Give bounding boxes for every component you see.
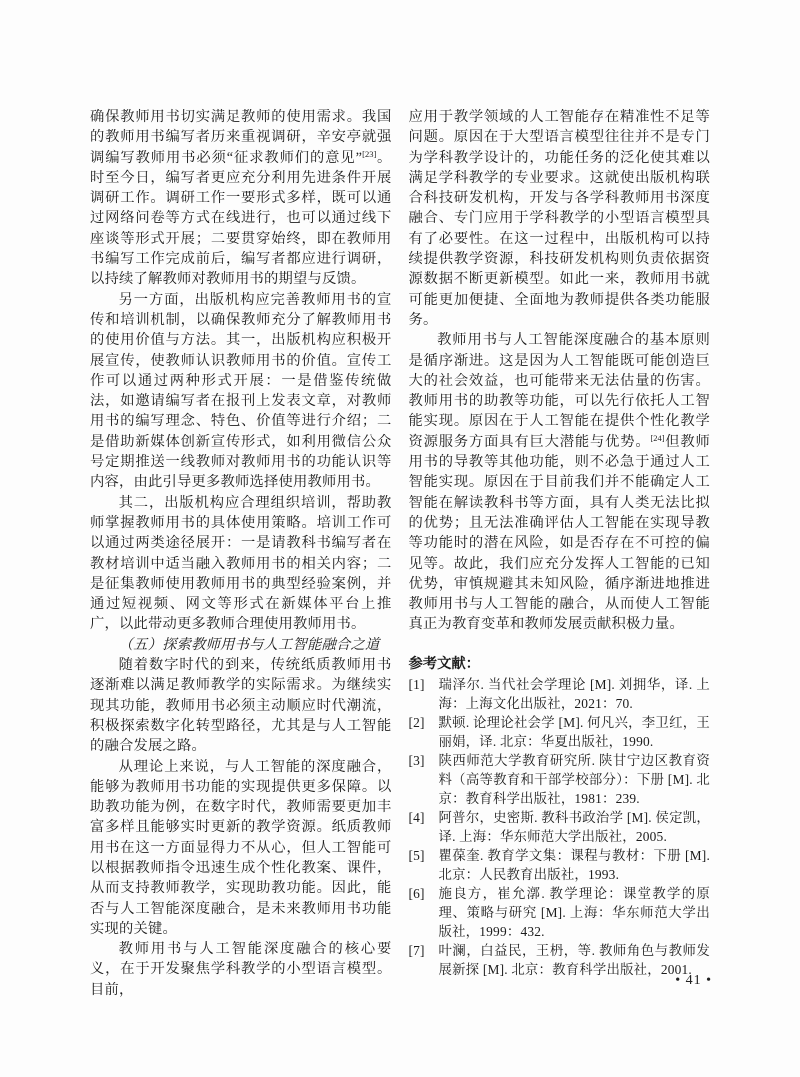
reference-item: [1]瑞泽尔. 当代社会学理论 [M]. 刘拥华，译. 上海：上海文化出版社，2… (409, 675, 711, 713)
reference-item: [4]阿普尔，史密斯. 教科书政治学 [M]. 侯定凯，译. 上海：华东师范大学… (409, 808, 711, 846)
reference-text: 阿普尔，史密斯. 教科书政治学 [M]. 侯定凯，译. 上海：华东师范大学出版社… (439, 810, 711, 844)
reference-text: 陕西师范大学教育研究所. 陕甘宁边区教育资料（高等教育和干部学校部分）：下册 [… (439, 753, 711, 806)
reference-text: 瑞泽尔. 当代社会学理论 [M]. 刘拥华，译. 上海：上海文化出版社，2021… (439, 677, 711, 711)
citation-superscript: [23] (362, 149, 376, 159)
reference-text: 瞿葆奎. 教育学文集：课程与教材：下册 [M]. 北京：人民教育出版社，1993… (439, 848, 711, 882)
page-number: • 41 • (600, 972, 712, 990)
reference-item: [2]默顿. 论理论社会学 [M]. 何凡兴，李卫红，王丽娟，译. 北京：华夏出… (409, 713, 711, 751)
reference-label: [6] (409, 884, 425, 903)
references-heading: 参考文献： (409, 654, 711, 674)
paragraph: 应用于教学领域的人工智能存在精准性不足等问题。原因在于大型语言模型往往并不是专门… (409, 107, 711, 330)
right-column: 应用于教学领域的人工智能存在精准性不足等问题。原因在于大型语言模型往往并不是专门… (409, 107, 711, 1000)
paragraph: 教师用书与人工智能深度融合的基本原则是循序渐进。这是因为人工智能既可能创造巨大的… (409, 330, 711, 634)
reference-item: [6]施良方，崔允漷. 教学理论：课堂教学的原理、策略与研究 [M]. 上海：华… (409, 884, 711, 941)
text-columns: 确保教师用书切实满足教师的使用需求。我国的教师用书编写者历来重视调研，辛安亭就强… (90, 107, 710, 1000)
reference-item: [5]瞿葆奎. 教育学文集：课程与教材：下册 [M]. 北京：人民教育出版社，1… (409, 846, 711, 884)
paragraph: 从理论上来说，与人工智能的深度融合，能够为教师用书功能的实现提供更多保障。以助教… (90, 757, 392, 940)
reference-list: [1]瑞泽尔. 当代社会学理论 [M]. 刘拥华，译. 上海：上海文化出版社，2… (409, 675, 711, 979)
left-column: 确保教师用书切实满足教师的使用需求。我国的教师用书编写者历来重视调研，辛安亭就强… (90, 107, 392, 1000)
paper-page: 确保教师用书切实满足教师的使用需求。我国的教师用书编写者历来重视调研，辛安亭就强… (0, 0, 800, 1077)
paragraph: 确保教师用书切实满足教师的使用需求。我国的教师用书编写者历来重视调研，辛安亭就强… (90, 107, 392, 290)
reference-text: 默顿. 论理论社会学 [M]. 何凡兴，李卫红，王丽娟，译. 北京：华夏出版社，… (439, 715, 711, 749)
reference-text: 施良方，崔允漷. 教学理论：课堂教学的原理、策略与研究 [M]. 上海：华东师范… (439, 886, 711, 939)
paragraph: 随着数字时代的到来，传统纸质教师用书逐渐难以满足教师教学的实际需求。为继续实现其… (90, 655, 392, 756)
reference-label: [1] (409, 675, 425, 694)
right-column-paragraphs: 应用于教学领域的人工智能存在精准性不足等问题。原因在于大型语言模型往往并不是专门… (409, 107, 711, 635)
paragraph: 其二，出版机构应合理组织培训，帮助教师掌握教师用书的具体使用策略。培训工作可以通… (90, 493, 392, 635)
reference-label: [3] (409, 751, 425, 770)
reference-label: [4] (409, 808, 425, 827)
reference-label: [5] (409, 846, 425, 865)
reference-item: [3]陕西师范大学教育研究所. 陕甘宁边区教育资料（高等教育和干部学校部分）：下… (409, 751, 711, 808)
reference-label: [7] (409, 941, 425, 960)
section-heading: （五）探索教师用书与人工智能融合之道 (90, 635, 392, 655)
paragraph: 另一方面，出版机构应完善教师用书的宣传和培训机制，以确保教师充分了解教师用书的使… (90, 290, 392, 493)
citation-superscript: [24] (650, 433, 664, 443)
reference-label: [2] (409, 713, 425, 732)
paragraph: 教师用书与人工智能深度融合的核心要义，在于开发聚焦学科教学的小型语言模型。目前， (90, 939, 392, 1000)
